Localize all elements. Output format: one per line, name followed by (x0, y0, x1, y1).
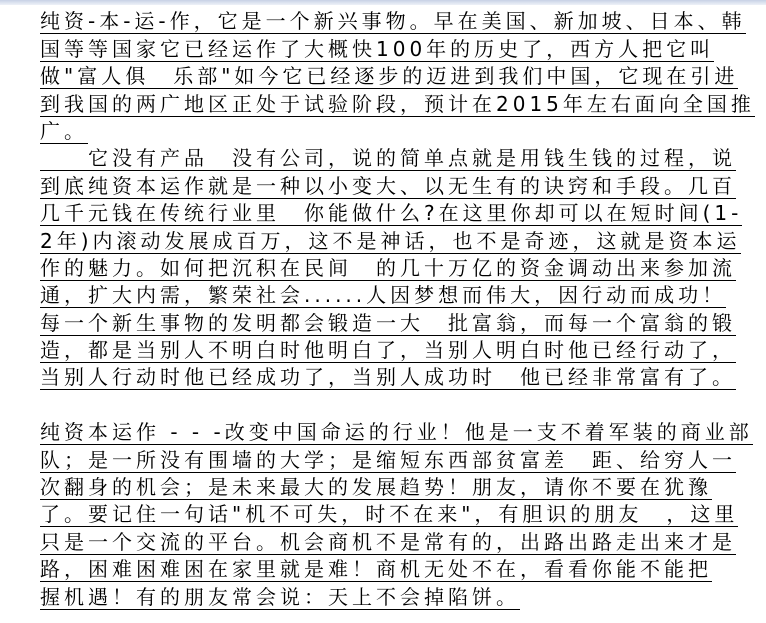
text-line: 几千元钱在传统行业里 你能做什么?在这里你却可以在短时间(1- (40, 199, 742, 226)
paragraph-description: 它没有产品 没有公司，说的简单点就是用钱生钱的过程，说 到底纯资本运作就是一种以… (40, 144, 742, 391)
text-line: 造，都是当别人不明白时他明白了，当别人明白时他已经行动了， (40, 336, 742, 363)
text-line: 到底纯资本运作就是一种以小变大、以无生有的诀窍和手段。几百 (40, 171, 742, 198)
text-line: 广。 (40, 117, 742, 144)
text-line-content: 路，困难困难困在家里就是难！商机无处不在，看看你能不能把 (40, 558, 712, 582)
text-line-content: 了。要记住一句话"机不可失，时不在来"，有胆识的朋友 ，这里 (40, 503, 738, 527)
text-line: 2年)内滚动发展成百万，这不是神话，也不是奇迹，这就是资本运 (40, 226, 742, 253)
text-line-content: 队；是一所没有围墙的大学；是缩短东西部贫富差 距、给穷人一 (40, 449, 736, 473)
text-line-content: 次翻身的机会；是未来最大的发展趋势！朋友，请你不要在犹豫 (40, 476, 712, 500)
text-line-content: 握机遇！有的朋友常会说：天上不会掉陷饼。 (40, 586, 520, 610)
text-line-content: 到我国的两广地区正处于试验阶段，预计在2015年左右面向全国推 (40, 93, 755, 117)
paragraph-closing: 纯资本运作 - - -改变中国命运的行业！他是一支不着军装的商业部 队；是一所没… (40, 418, 742, 610)
text-line: 次翻身的机会；是未来最大的发展趋势！朋友，请你不要在犹豫 (40, 473, 742, 500)
text-line-content: 几千元钱在传统行业里 你能做什么?在这里你却可以在短时间(1- (40, 202, 742, 226)
document-page: 纯资-本-运-作，它是一个新兴事物。早在美国、新加坡、日本、韩 国等等国家它已经… (0, 0, 766, 610)
text-line: 作的魅力。如何把沉积在民间 的几十万亿的资金调动出来参加流 (40, 254, 742, 281)
text-line: 它没有产品 没有公司，说的简单点就是用钱生钱的过程，说 (40, 144, 742, 171)
text-line: 每一个新生事物的发明都会锻造一大 批富翁，而每一个富翁的锻 (40, 308, 742, 335)
text-line-content: 只是一个交流的平台。机会商机不是常有的，出路出路走出来才是 (40, 531, 736, 555)
text-line-content: 纯资本运作 - - -改变中国命运的行业！他是一支不着军装的商业部 (40, 421, 753, 445)
text-line: 了。要记住一句话"机不可失，时不在来"，有胆识的朋友 ，这里 (40, 500, 742, 527)
paragraph-intro: 纯资-本-运-作，它是一个新兴事物。早在美国、新加坡、日本、韩 国等等国家它已经… (40, 7, 742, 144)
text-line-content: 它没有产品 没有公司，说的简单点就是用钱生钱的过程，说 (40, 147, 736, 171)
text-line: 纯资本运作 - - -改变中国命运的行业！他是一支不着军装的商业部 (40, 418, 742, 445)
text-line-content: 做"富人俱 乐部"如今它已经逐步的迈进到我们中国，它现在引进 (40, 65, 738, 89)
text-line: 只是一个交流的平台。机会商机不是常有的，出路出路走出来才是 (40, 527, 742, 554)
text-line-content: 作的魅力。如何把沉积在民间 的几十万亿的资金调动出来参加流 (40, 257, 736, 281)
text-line-content: 2年)内滚动发展成百万，这不是神话，也不是奇迹，这就是资本运 (40, 230, 741, 254)
text-line-content: 当别人行动时他已经成功了，当别人成功时 他已经非常富有了。 (40, 366, 736, 390)
text-line-content: 造，都是当别人不明白时他明白了，当别人明白时他已经行动了， (40, 339, 736, 363)
document-body: 纯资-本-运-作，它是一个新兴事物。早在美国、新加坡、日本、韩 国等等国家它已经… (0, 5, 766, 610)
text-line: 纯资-本-运-作，它是一个新兴事物。早在美国、新加坡、日本、韩 (40, 7, 742, 34)
text-line: 队；是一所没有围墙的大学；是缩短东西部贫富差 距、给穷人一 (40, 445, 742, 472)
text-line: 做"富人俱 乐部"如今它已经逐步的迈进到我们中国，它现在引进 (40, 62, 742, 89)
text-line-content: 纯资-本-运-作，它是一个新兴事物。早在美国、新加坡、日本、韩 (40, 10, 746, 34)
text-line: 路，困难困难困在家里就是难！商机无处不在，看看你能不能把 (40, 555, 742, 582)
text-line: 握机遇！有的朋友常会说：天上不会掉陷饼。 (40, 582, 742, 609)
text-line: 当别人行动时他已经成功了，当别人成功时 他已经非常富有了。 (40, 363, 742, 390)
text-line: 国等等国家它已经运作了大概快100年的历史了，西方人把它叫 (40, 34, 742, 61)
text-line-content: 广。 (40, 120, 88, 144)
text-line: 通，扩大内需，繁荣社会......人因梦想而伟大，因行动而成功！ (40, 281, 742, 308)
text-line: 到我国的两广地区正处于试验阶段，预计在2015年左右面向全国推 (40, 89, 742, 116)
text-line-content: 国等等国家它已经运作了大概快100年的历史了，西方人把它叫 (40, 38, 714, 62)
text-line-content: 到底纯资本运作就是一种以小变大、以无生有的诀窍和手段。几百 (40, 175, 736, 199)
text-line-content: 每一个新生事物的发明都会锻造一大 批富翁，而每一个富翁的锻 (40, 312, 736, 336)
text-line-content: 通，扩大内需，繁荣社会......人因梦想而伟大，因行动而成功！ (40, 284, 726, 308)
